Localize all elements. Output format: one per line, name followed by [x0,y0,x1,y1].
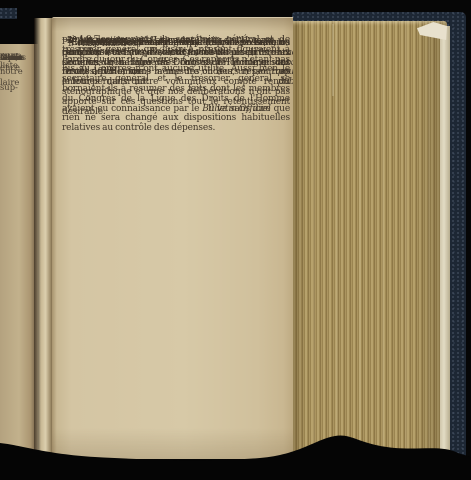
page-edges-crease [332,24,334,96]
facing-page-fragment: sup- [0,82,18,92]
endpaper-strip [440,26,450,450]
scanned-book-photo: n desu plulaireleursellesencee ca-us den… [0,0,471,480]
book-bottom-shadow [0,418,471,480]
facing-page-fragment: mis- [0,52,18,62]
facing-page-strip: n desu plulaireleursellesencee ca-us den… [0,44,38,470]
page-edges-fan [290,21,447,455]
book-cover-corner [0,8,17,19]
book-page: — 195 — primer les rapports de secrétair… [52,17,293,459]
book-gutter [34,18,54,470]
paragraph: Elle pourra, en outre, être imprimée en … [62,39,290,88]
